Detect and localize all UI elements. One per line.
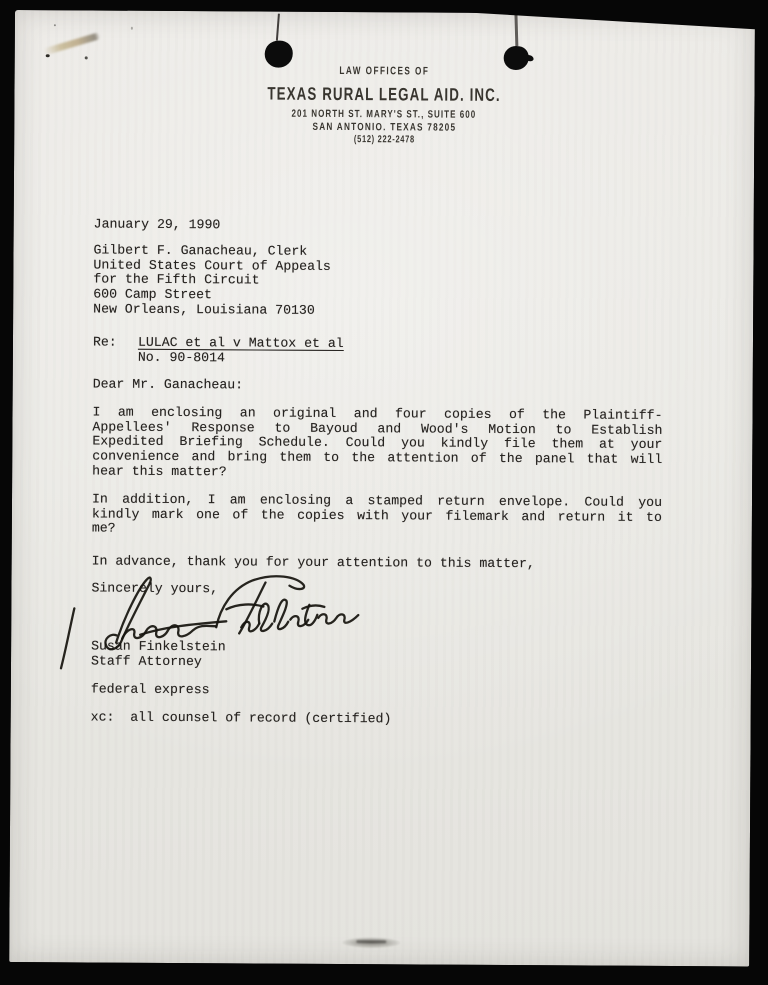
signature-script: [56, 562, 367, 676]
re-label: Re:: [93, 334, 138, 349]
letterhead-phone-text: (512) 222-2478: [354, 134, 415, 145]
re-case-number: No. 90-8014: [138, 350, 663, 368]
body-line: me?: [92, 522, 662, 540]
cc-line: xc: all counsel of record (certified): [91, 709, 392, 726]
letterhead-address1-text: 201 NORTH ST. MARY'S ST., SUITE 600: [292, 108, 477, 121]
printer-mark: [342, 937, 400, 948]
corner-stain: [43, 32, 101, 55]
paper-speck: [46, 54, 50, 57]
hole-punch-left-icon: [265, 41, 293, 68]
salutation: Dear Mr. Ganacheau:: [93, 376, 243, 392]
paper-speck: [54, 24, 56, 26]
letterhead-firm-name: TEXAS RURAL LEGAL AID. INC.: [14, 82, 754, 108]
letterhead-address2-text: SAN ANTONIO. TEXAS 78205: [312, 121, 456, 134]
letterhead-firm-text: TEXAS RURAL LEGAL AID. INC.: [268, 84, 501, 106]
punch-tick-right: [514, 13, 518, 46]
letter-date: January 29, 1990: [94, 216, 221, 232]
paper-speck: [131, 27, 133, 30]
paper-speck: [85, 56, 88, 59]
paragraph-2: In addition, I am enclosing a stamped re…: [92, 492, 662, 540]
re-block: Re:LULAC et al v Mattox et al No. 90-801…: [93, 334, 663, 367]
delivery-note: federal express: [91, 681, 210, 697]
recipient-line: New Orleans, Louisiana 70130: [93, 302, 663, 320]
letter-page: LAW OFFICES OF TEXAS RURAL LEGAL AID. IN…: [9, 10, 755, 967]
punch-tick-left: [276, 14, 280, 41]
letterhead-eyebrow: LAW OFFICES OF: [15, 63, 755, 80]
recipient-address: Gilbert F. Ganacheau, Clerk United State…: [93, 243, 663, 320]
paragraph-1: I am enclosing an original and four copi…: [92, 405, 662, 482]
re-case-name: LULAC et al v Mattox et al: [138, 335, 344, 351]
letterhead-eyebrow-text: LAW OFFICES OF: [340, 65, 430, 78]
